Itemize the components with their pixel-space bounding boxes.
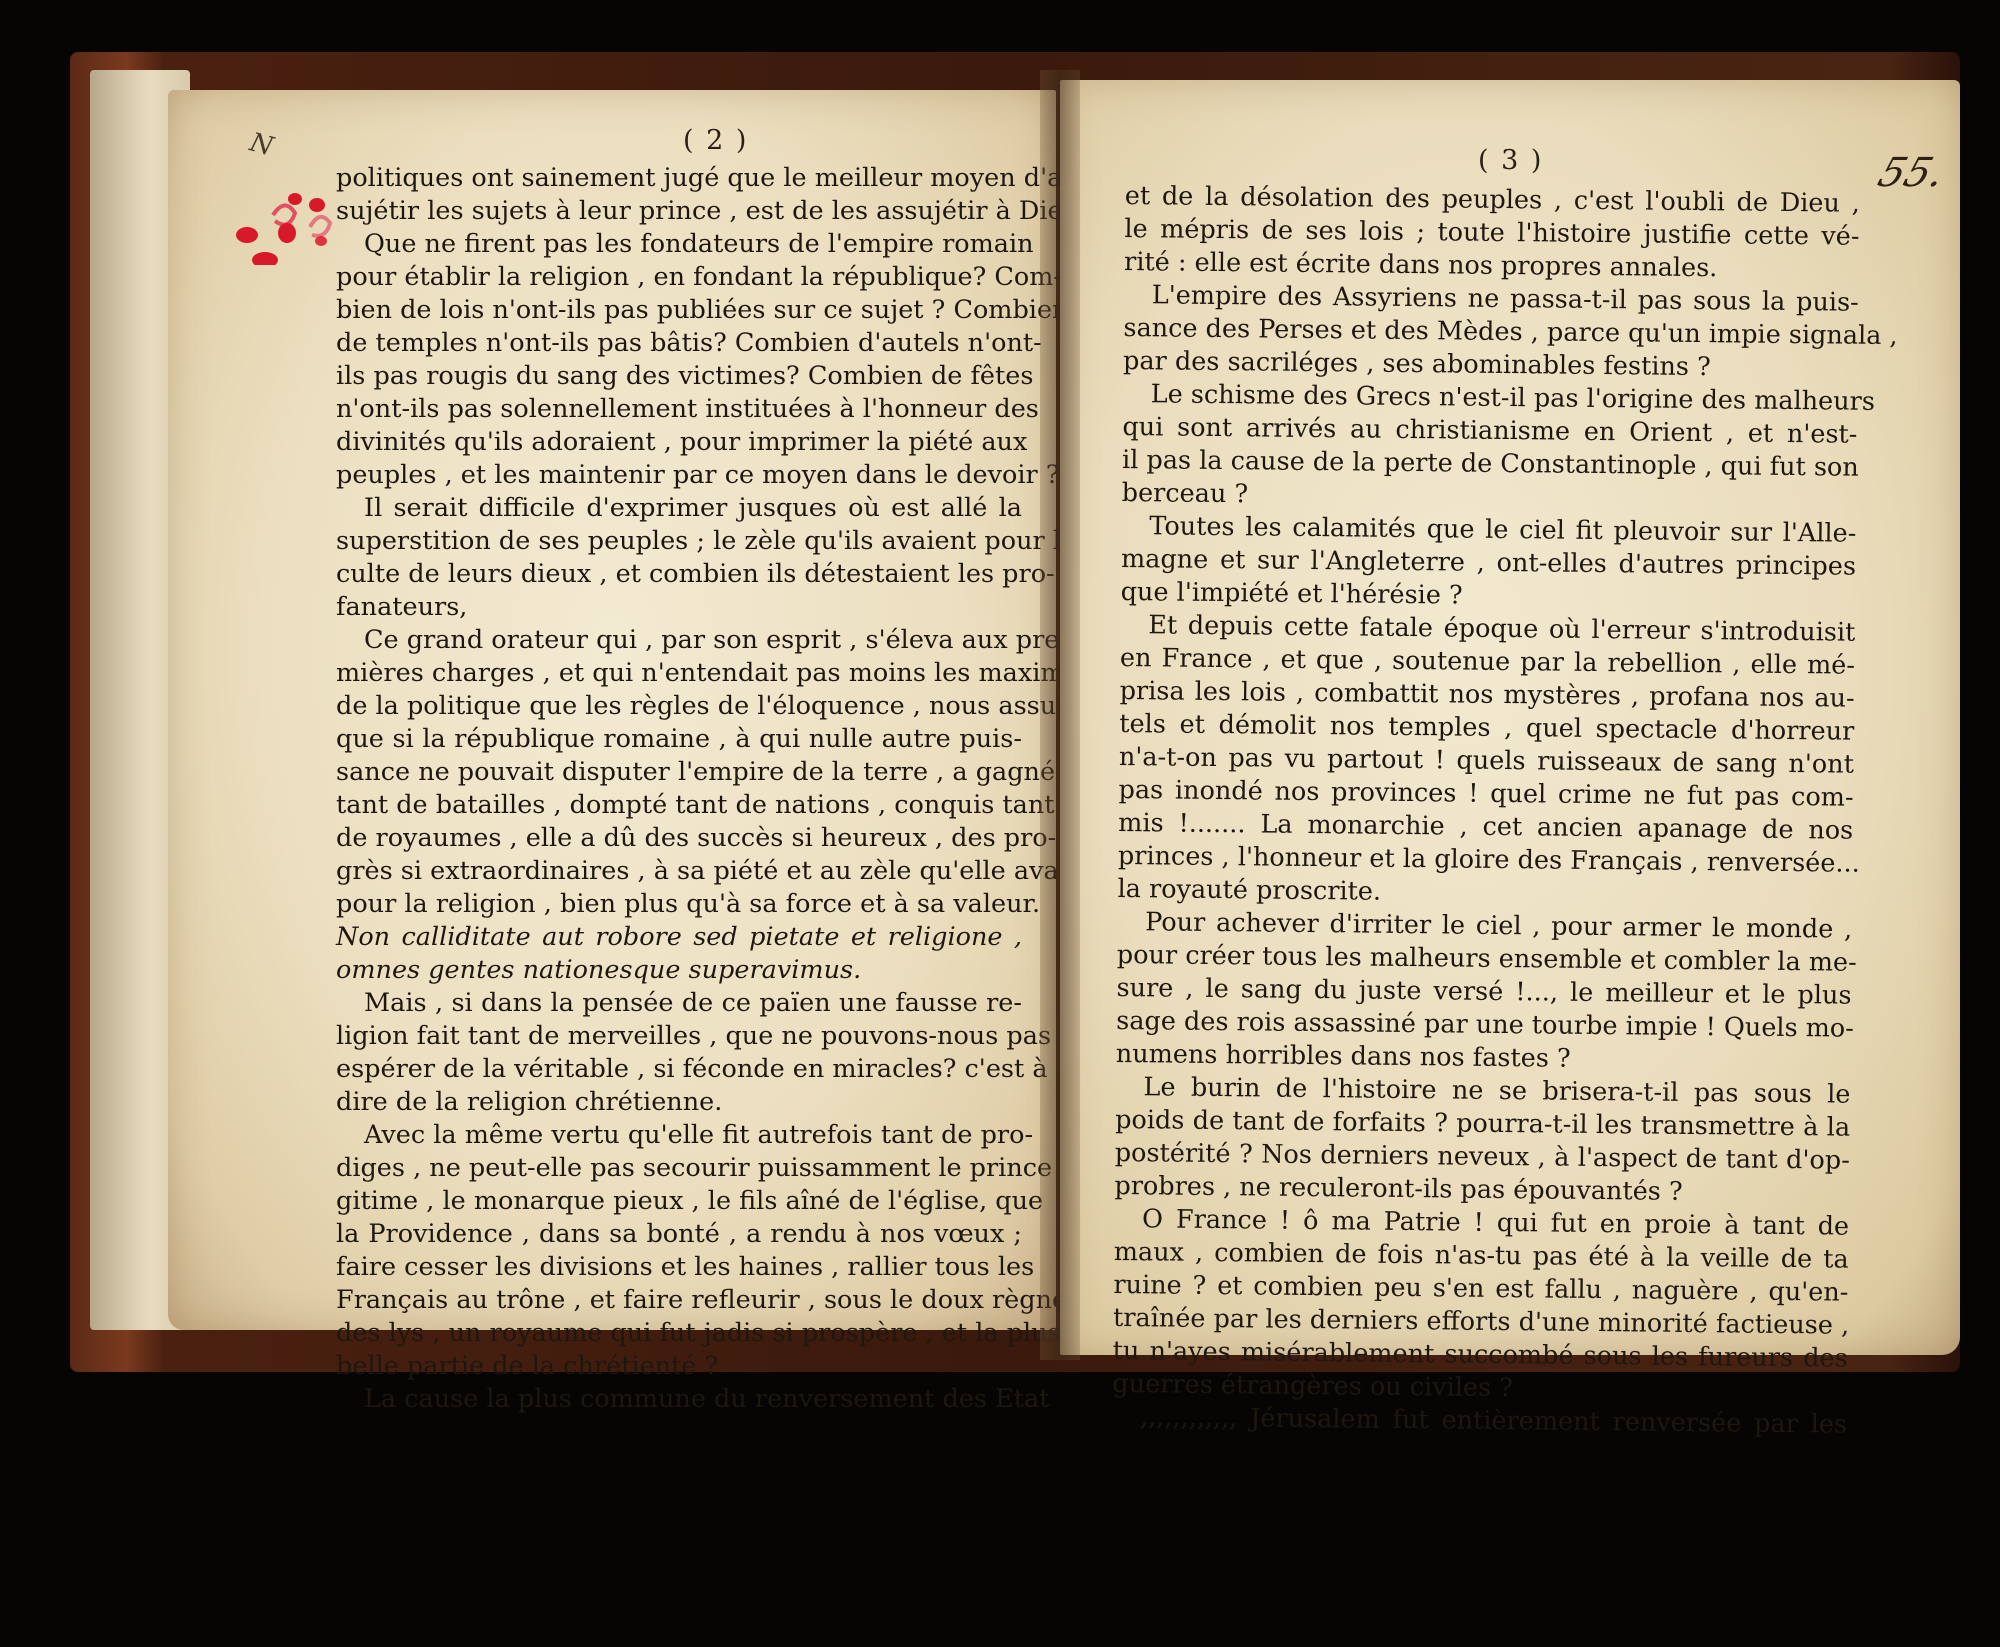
text-line: sance ne pouvait disputer l'empire de la… bbox=[336, 756, 1022, 789]
text-line: de la politique que les règles de l'éloq… bbox=[336, 690, 1022, 723]
text-line: La cause la plus commune du renversement… bbox=[336, 1383, 1022, 1416]
text-line: espérer de la véritable , si féconde en … bbox=[336, 1053, 1022, 1086]
text-line: omnes gentes nationesque superavimus. bbox=[336, 954, 1022, 987]
left-page: ( 2 ) politiques ont sainement jugé que … bbox=[168, 90, 1056, 1330]
text-line: superstition de ses peuples ; le zèle qu… bbox=[336, 525, 1022, 558]
page-number: ( 2 ) bbox=[683, 125, 748, 156]
text-line: politiques ont sainement jugé que le mei… bbox=[336, 162, 1022, 195]
text-line: fanateurs, bbox=[336, 591, 1022, 624]
text-line: Mais , si dans la pensée de ce païen une… bbox=[336, 987, 1022, 1020]
left-page-text: politiques ont sainement jugé que le mei… bbox=[336, 162, 1022, 1416]
text-line: gitime , le monarque pieux , le fils aîn… bbox=[336, 1185, 1022, 1218]
text-line: ligion fait tant de merveilles , que ne … bbox=[336, 1020, 1022, 1053]
page-number: ( 3 ) bbox=[1478, 145, 1543, 176]
library-stamp-icon bbox=[225, 175, 355, 265]
text-line: peuples , et les maintenir par ce moyen … bbox=[336, 459, 1022, 492]
text-line: que si la république romaine , à qui nul… bbox=[336, 723, 1022, 756]
book-gutter bbox=[1040, 70, 1080, 1360]
text-line: mières charges , et qui n'entendait pas … bbox=[336, 657, 1022, 690]
text-line: ,,,,,,,,,,,, Jérusalem fut entièrement r… bbox=[1112, 1401, 1847, 1442]
text-line: Ce grand orateur qui , par son esprit , … bbox=[336, 624, 1022, 657]
text-line: tant de batailles , dompté tant de natio… bbox=[336, 789, 1022, 822]
text-line: de temples n'ont-ils pas bâtis? Combien … bbox=[336, 327, 1022, 360]
text-line: sujétir les sujets à leur prince , est d… bbox=[336, 195, 1022, 228]
text-line: des lys , un royaume qui fut jadis si pr… bbox=[336, 1317, 1022, 1350]
right-page-text: et de la désolation des peuples , c'est … bbox=[1112, 180, 1860, 1442]
text-line: de royaumes , elle a dû des succès si he… bbox=[336, 822, 1022, 855]
text-line: Non calliditate aut robore sed pietate e… bbox=[336, 921, 1022, 954]
text-line: grès si extraordinaires , à sa piété et … bbox=[336, 855, 1022, 888]
text-line: bien de lois n'ont-ils pas publiées sur … bbox=[336, 294, 1022, 327]
text-line: Que ne firent pas les fondateurs de l'em… bbox=[336, 228, 1022, 261]
text-line: ils pas rougis du sang des victimes? Com… bbox=[336, 360, 1022, 393]
text-line: diges , ne peut-elle pas secourir puissa… bbox=[336, 1152, 1022, 1185]
text-line: Avec la même vertu qu'elle fit autrefois… bbox=[336, 1119, 1022, 1152]
text-line: n'ont-ils pas solennellement instituées … bbox=[336, 393, 1022, 426]
text-line: divinités qu'ils adoraient , pour imprim… bbox=[336, 426, 1022, 459]
text-line: faire cesser les divisions et les haines… bbox=[336, 1251, 1022, 1284]
text-line: pour établir la religion , en fondant la… bbox=[336, 261, 1022, 294]
text-line: dire de la religion chrétienne. bbox=[336, 1086, 1022, 1119]
text-line: belle partie de la chrétienté ? bbox=[336, 1350, 1022, 1383]
right-page: ( 3 ) et de la désolation des peuples , … bbox=[1060, 80, 1960, 1355]
text-line: Français au trône , et faire refleurir ,… bbox=[336, 1284, 1022, 1317]
text-line: pour la religion , bien plus qu'à sa for… bbox=[336, 888, 1022, 921]
text-line: culte de leurs dieux , et combien ils dé… bbox=[336, 558, 1022, 591]
text-line: Il serait difficile d'exprimer jusques o… bbox=[336, 492, 1022, 525]
text-line: la Providence , dans sa bonté , a rendu … bbox=[336, 1218, 1022, 1251]
